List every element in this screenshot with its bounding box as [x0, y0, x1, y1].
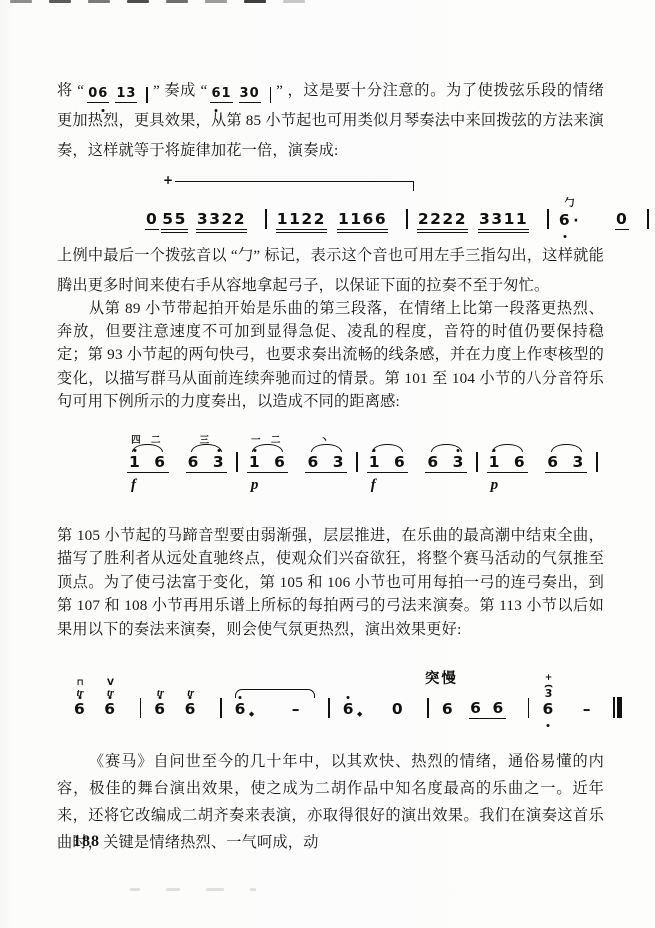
notation-example-2-notes: 四 二16三63f一 二16丶63p1663f1663p	[127, 432, 604, 473]
slur-arc	[551, 444, 582, 452]
slur-arc	[372, 444, 403, 452]
paragraph-4: 第 105 小节起的马蹄音型要由弱渐强，层层推进，在乐曲的最高潮中结束全曲，描写…	[57, 524, 604, 641]
notation-example-2: 四 二16三63f一 二16丶63p1663f1663p	[57, 432, 604, 473]
down-bow-icon: ⊓	[77, 679, 84, 688]
slurred-note-pair: 16	[487, 432, 529, 473]
scanned-book-page: 将 “0613” 奏成 “6130” ，这是要十分注意的。为了使拨弦乐段的情绪更…	[0, 0, 655, 928]
notation-example-1: + 05533221122116622223311勹6·0	[57, 172, 604, 230]
plus-mark: +	[163, 173, 173, 187]
slurred-note-pair: 16	[367, 432, 409, 473]
slur-arc	[492, 444, 523, 452]
measure: 1663p	[487, 432, 587, 473]
notation-example-1-notes: 05533221122116622223311勹6·0	[145, 199, 604, 230]
dynamic-mark: f	[131, 477, 136, 494]
scan-artifact-dash	[10, 0, 32, 3]
dynamic-mark: p	[491, 477, 499, 494]
paragraph-5: 《赛马》自问世至今的几十年中，以其欢快、热烈的情绪，通俗易懂的内容，极佳的舞台演…	[57, 748, 604, 856]
notation-example-3-notes: ⊓tr6Vtr6tr6tr66◆–6◆0突慢666+⌢36–	[73, 674, 617, 719]
inline-notation-2: 6130	[210, 87, 273, 103]
slurred-note-pair: 三63	[186, 432, 228, 473]
scan-artifact-dash	[283, 0, 305, 3]
paragraph-1-text-pre: 将 “	[57, 82, 84, 99]
scan-artifact-dash	[49, 0, 71, 3]
scan-artifact-dash	[244, 0, 266, 3]
page-number: 188	[73, 833, 100, 851]
slurred-note-pair: 四 二16	[127, 432, 169, 473]
slurred-note-pair: 一 二16	[247, 432, 289, 473]
dynamic-mark: f	[371, 477, 376, 494]
paragraph-3: 从第 89 小节带起拍开始是乐曲的第三段落，在情绪上比第一段落更热烈、奔放，但要…	[57, 297, 604, 413]
scan-artifact-dash	[88, 0, 110, 3]
slur-arc	[311, 444, 342, 452]
measure: 一 二16丶63p	[247, 432, 347, 473]
measure: 1663f	[367, 432, 467, 473]
inline-notation-1: 0613	[87, 87, 150, 103]
scan-artifact-smudge	[130, 888, 256, 891]
pluck-bracket-line: +	[175, 181, 414, 191]
notation-example-3: ⊓tr6Vtr6tr6tr66◆–6◆0突慢666+⌢36–	[57, 658, 617, 719]
up-bow-icon: V	[107, 679, 114, 688]
scan-artifact-dash	[166, 0, 188, 3]
scan-artifact-dash	[205, 0, 227, 3]
left-hand-pluck-mark: 勹	[564, 199, 574, 209]
slurred-note-pair: 63	[545, 432, 587, 473]
scan-artifact-dash	[127, 0, 149, 3]
slurred-note-pair: 63	[425, 432, 467, 473]
measure: 四 二16三63f	[127, 432, 227, 473]
tempo-label: 突慢	[425, 667, 458, 688]
slurred-note-pair: 丶63	[305, 432, 347, 473]
paragraph-1: 将 “0613” 奏成 “6130” ，这是要十分注意的。为了使拨弦乐段的情绪更…	[57, 76, 604, 166]
dynamic-mark: p	[251, 477, 259, 494]
paragraph-2: 上例中最后一个拨弦音以 “勹” 标记，表示这个音也可用左手三指勾出，这样就能腾出…	[57, 241, 604, 301]
scan-artifact-dashes	[10, 0, 305, 3]
paragraph-1-text-mid: ” 奏成 “	[153, 82, 208, 99]
